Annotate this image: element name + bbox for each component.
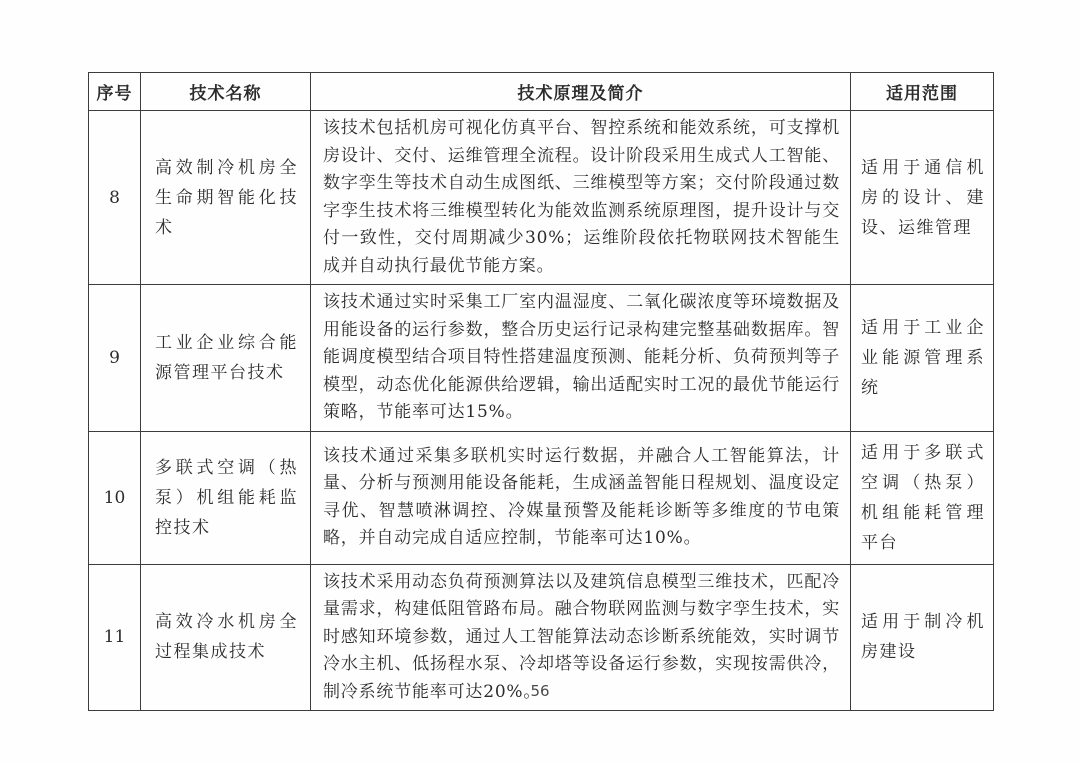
row-serial-number: 9: [89, 285, 141, 432]
table-row: 10 多联式空调（热泵）机组能耗监控技术 该技术通过采集多联机实时运行数据，并融…: [89, 431, 994, 564]
row-serial-number: 8: [89, 111, 141, 285]
row-technology-name: 工业企业综合能源管理平台技术: [141, 285, 311, 432]
header-technology-name: 技术名称: [141, 73, 311, 111]
page-number: 56: [0, 682, 1080, 700]
row-serial-number: 10: [89, 431, 141, 564]
row-description: 该技术包括机房可视化仿真平台、智控系统和能效系统，可支撑机房设计、交付、运维管理…: [311, 111, 851, 285]
row-description: 该技术通过实时采集工厂室内温湿度、二氧化碳浓度等环境数据及用能设备的运行参数，整…: [311, 285, 851, 432]
document-page: 序号 技术名称 技术原理及简介 适用范围 8 高效制冷机房全生命期智能化技术 该…: [0, 0, 1080, 764]
header-serial-number: 序号: [89, 73, 141, 111]
header-applicable-scope: 适用范围: [851, 73, 994, 111]
row-scope: 适用于多联式空调（热泵）机组能耗管理平台: [851, 431, 994, 564]
table-row: 9 工业企业综合能源管理平台技术 该技术通过实时采集工厂室内温湿度、二氧化碳浓度…: [89, 285, 994, 432]
header-principle-intro: 技术原理及简介: [311, 73, 851, 111]
technology-table: 序号 技术名称 技术原理及简介 适用范围 8 高效制冷机房全生命期智能化技术 该…: [88, 72, 994, 711]
row-technology-name: 高效制冷机房全生命期智能化技术: [141, 111, 311, 285]
row-description: 该技术通过采集多联机实时运行数据，并融合人工智能算法，计量、分析与预测用能设备能…: [311, 431, 851, 564]
table-row: 8 高效制冷机房全生命期智能化技术 该技术包括机房可视化仿真平台、智控系统和能效…: [89, 111, 994, 285]
row-scope: 适用于工业企业能源管理系统: [851, 285, 994, 432]
table-header-row: 序号 技术名称 技术原理及简介 适用范围: [89, 73, 994, 111]
row-technology-name: 多联式空调（热泵）机组能耗监控技术: [141, 431, 311, 564]
row-scope: 适用于通信机房的设计、建设、运维管理: [851, 111, 994, 285]
